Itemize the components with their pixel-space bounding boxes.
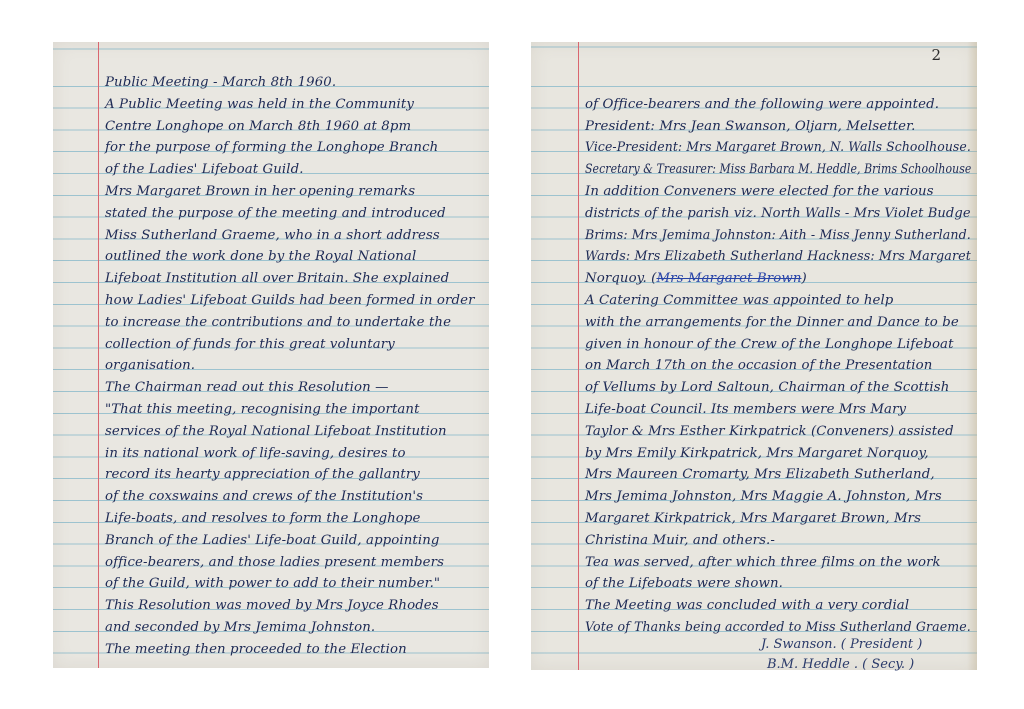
text-line: Life-boat Council. Its members were Mrs …	[585, 402, 906, 418]
text-line: on March 17th on the occasion of the Pre…	[585, 358, 932, 374]
text-line: record its hearty appreciation of the ga…	[105, 467, 420, 483]
text-line: for the purpose of forming the Longhope …	[105, 140, 438, 156]
text-line: of Vellums by Lord Saltoun, Chairman of …	[585, 380, 949, 396]
text-line: Margaret Kirkpatrick, Mrs Margaret Brown…	[585, 511, 921, 527]
text-line: In addition Conveners were elected for t…	[585, 184, 934, 200]
text-line: Centre Longhope on March 8th 1960 at 8pm	[105, 119, 411, 135]
text-line: office-bearers, and those ladies present…	[105, 555, 444, 571]
text-line: to increase the contributions and to und…	[105, 315, 451, 331]
heading-line: Public Meeting - March 8th 1960.	[105, 75, 336, 91]
text-line: Vote of Thanks being accorded to Miss Su…	[585, 620, 971, 636]
text-line: Taylor & Mrs Esther Kirkpatrick (Convene…	[585, 424, 954, 440]
text-line: of the Lifeboats were shown.	[585, 576, 783, 592]
text-line: The meeting then proceeded to the Electi…	[105, 642, 407, 658]
text-line: This Resolution was moved by Mrs Joyce R…	[105, 598, 439, 614]
struck-out-text: Mrs Margaret Brown	[656, 271, 801, 286]
text-line: of the Ladies' Lifeboat Guild.	[105, 162, 304, 178]
secretary-signature: B.M. Heddle . ( Secy. )	[767, 657, 914, 672]
text-line: given in honour of the Crew of the Longh…	[585, 337, 954, 353]
text-line: The Chairman read out this Resolution —	[105, 380, 389, 396]
text-line-with-strikethrough: Norquoy. (Mrs Margaret Brown)	[585, 271, 807, 287]
text-line: Miss Sutherland Graeme, who in a short a…	[105, 228, 440, 244]
text-line: Brims: Mrs Jemima Johnston: Aith - Miss …	[585, 228, 971, 244]
text-segment: Norquoy. (	[585, 271, 656, 286]
text-line: Branch of the Ladies' Life-boat Guild, a…	[105, 533, 440, 549]
text-segment: )	[802, 271, 807, 286]
text-line: of the Guild, with power to add to their…	[105, 576, 440, 592]
margin-line	[98, 42, 99, 668]
text-line: services of the Royal National Lifeboat …	[105, 424, 447, 440]
text-line: in its national work of life-saving, des…	[105, 446, 406, 462]
text-line: and seconded by Mrs Jemima Johnston.	[105, 620, 375, 636]
text-line: "That this meeting, recognising the impo…	[105, 402, 420, 418]
text-line: The Meeting was concluded with a very co…	[585, 598, 909, 614]
text-line: organisation.	[105, 358, 195, 374]
text-line: Mrs Jemima Johnston, Mrs Maggie A. Johns…	[585, 489, 942, 505]
text-line: by Mrs Emily Kirkpatrick, Mrs Margaret N…	[585, 446, 929, 462]
left-notebook-page: Public Meeting - March 8th 1960. A Publi…	[53, 42, 489, 668]
text-line: collection of funds for this great volun…	[105, 337, 395, 353]
text-line: with the arrangements for the Dinner and…	[585, 315, 959, 331]
text-line: Tea was served, after which three films …	[585, 555, 941, 571]
text-line: Lifeboat Institution all over Britain. S…	[105, 271, 449, 287]
text-line: outlined the work done by the Royal Nati…	[105, 249, 416, 265]
text-line: Mrs Maureen Cromarty, Mrs Elizabeth Suth…	[585, 467, 935, 483]
president-signature: J. Swanson. ( President )	[761, 637, 922, 652]
text-line: Vice-President: Mrs Margaret Brown, N. W…	[585, 140, 971, 156]
text-line: stated the purpose of the meeting and in…	[105, 206, 446, 222]
text-line: how Ladies' Lifeboat Guilds had been for…	[105, 293, 475, 309]
right-notebook-page: 2 of Office-bearers and the following we…	[531, 42, 977, 670]
text-line: Christina Muir, and others.-	[585, 533, 775, 549]
text-line: A Catering Committee was appointed to he…	[585, 293, 893, 309]
text-line: districts of the parish viz. North Walls…	[585, 206, 971, 222]
text-line: Mrs Margaret Brown in her opening remark…	[105, 184, 415, 200]
text-line: Secretary & Treasurer: Miss Barbara M. H…	[585, 162, 971, 178]
text-line: of Office-bearers and the following were…	[585, 97, 939, 113]
page-number: 2	[931, 46, 941, 64]
text-line: Wards: Mrs Elizabeth Sutherland Hackness…	[585, 249, 971, 265]
text-line: President: Mrs Jean Swanson, Oljarn, Mel…	[585, 119, 915, 135]
margin-line	[578, 42, 579, 670]
text-line: Life-boats, and resolves to form the Lon…	[105, 511, 420, 527]
text-line: A Public Meeting was held in the Communi…	[105, 97, 414, 113]
text-line: of the coxswains and crews of the Instit…	[105, 489, 423, 505]
